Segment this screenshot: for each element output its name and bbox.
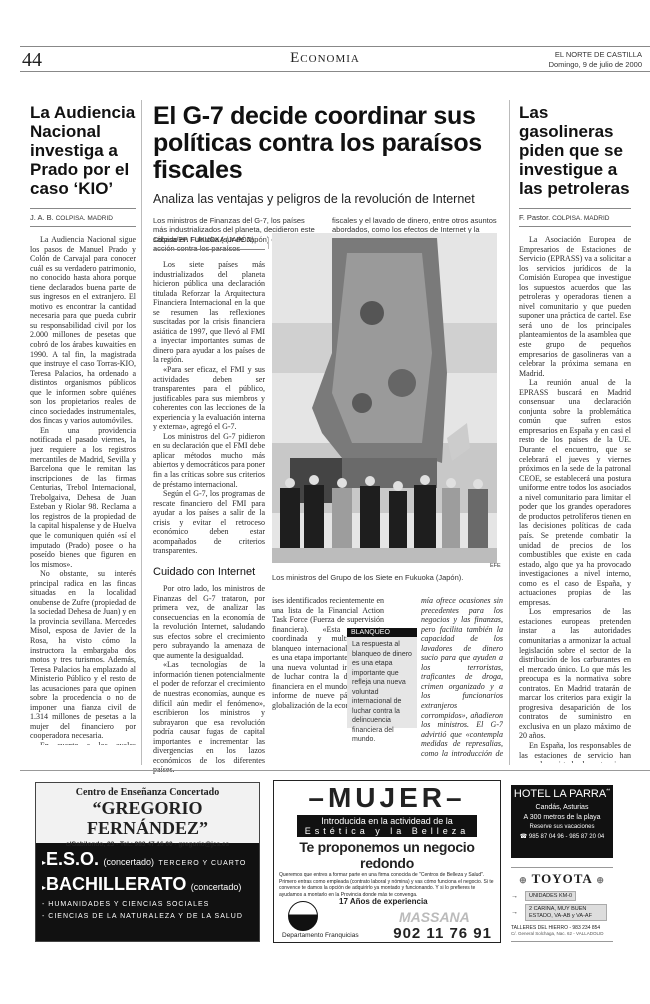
hotel-cta: Reserve sus vacaciones — [511, 824, 613, 830]
ad-mujer-band: Introducida en la actividead de la Estét… — [297, 815, 477, 837]
paragraph: «Para ser eficaz, el FMI y sus actividad… — [153, 365, 265, 432]
header-bottom-rule — [20, 71, 650, 72]
left-headline: La Audiencia Nacional investiga a Prado … — [30, 103, 136, 198]
masthead: EL NORTE DE CASTILLA Domingo, 9 de julio… — [549, 50, 642, 70]
paragraph: En España, los responsables de las estac… — [519, 741, 631, 763]
paragraph: «Las tecnologías de la información tiene… — [153, 660, 265, 774]
main-body-1: Los siete países más industrializados de… — [153, 260, 265, 556]
main-article: El G-7 decide coordinar sus políticas co… — [153, 103, 503, 254]
paragraph: mía ofrece ocasiones sin precedentes par… — [421, 596, 503, 756]
right-headline: Las gasolineras piden que se investigue … — [519, 103, 631, 198]
paragraph: En cuanto a los avales aportados por la … — [30, 741, 136, 745]
news-photo — [272, 233, 497, 563]
arrow-right-icon: → — [511, 909, 525, 916]
header-top-rule — [20, 46, 650, 47]
ad-mujer-department: Departamento Franquicias — [282, 932, 359, 939]
toyota-item-1: → UNIDADES KM-0 — [511, 891, 613, 901]
paragraph: No obstante, su interés principal radica… — [30, 569, 136, 741]
hotel-phones: ☎ 985 87 04 96 - 985 87 20 04 — [511, 833, 613, 840]
ad-hotel-la-parra[interactable]: HOTEL LA PARRA** Candás, Asturias A 300 … — [511, 785, 613, 858]
ads-divider — [20, 770, 650, 771]
paragraph: Según el G-7, los programas de rescate f… — [153, 489, 265, 556]
ad-mujer-body: Queremos que entres a formar parte en un… — [274, 871, 500, 899]
right-byline: F. Pastor. COLPISA. MADRID — [519, 208, 631, 227]
ad-eso: ▸E.S.O. (concertado) TERCERO Y CUARTO — [42, 849, 253, 870]
column-divider — [509, 100, 510, 765]
ad-mujer[interactable]: –MUJER– Introducida en la actividead de … — [273, 780, 501, 943]
paper-name: EL NORTE DE CASTILLA — [549, 50, 642, 60]
ad-mujer-title: –MUJER– — [274, 783, 500, 813]
main-headline: El G-7 decide coordinar sus políticas co… — [153, 103, 503, 184]
main-subheadline: Analiza las ventajas y peligros de la re… — [153, 192, 503, 206]
ad-gregorio-fernandez[interactable]: Centro de Enseñanza Concertado “GREGORIO… — [35, 782, 260, 942]
ad-mujer-brand: MASSANA — [399, 909, 470, 925]
byline-author: F. Pastor. — [519, 213, 550, 222]
dash-decoration: – — [446, 782, 466, 813]
paragraph: Los ministros del G-7 pidieron en su dec… — [153, 432, 265, 489]
byline-agency: COLPISA. MADRID — [56, 215, 113, 222]
massana-logo-icon — [288, 901, 318, 931]
left-body: La Audiencia Nacional sigue los pasos de… — [30, 235, 136, 745]
left-article: La Audiencia Nacional investiga a Prado … — [30, 103, 136, 745]
ad-courses: ▸E.S.O. (concertado) TERCERO Y CUARTO ▸B… — [36, 843, 259, 942]
paragraph: La Audiencia Nacional sigue los pasos de… — [30, 235, 136, 426]
photo-caption: Los ministros del Grupo de los Siete en … — [272, 573, 502, 582]
byline-agency: COLPISA. MADRID — [552, 215, 609, 222]
byline-author: J. A. B. — [30, 213, 54, 222]
toyota-logo-icon: ⊕ — [596, 875, 605, 885]
arrow-right-icon: → — [511, 893, 525, 900]
paragraph: En una providencia notificada el pasado … — [30, 426, 136, 569]
ad-school-type: Centro de Enseñanza Concertado — [36, 787, 259, 798]
column-divider — [141, 100, 142, 765]
paragraph: La reunión anual de la EPRASS buscará en… — [519, 378, 631, 607]
photo-credit: EFE — [490, 563, 501, 569]
right-article: Las gasolineras piden que se investigue … — [519, 103, 631, 763]
paragraph: Por otro lado, los ministros de Finanzas… — [153, 584, 265, 660]
main-byline: Colpisa/EP. FUKUOKA (JAPÓN) — [153, 237, 265, 250]
issue-date: Domingo, 9 de julio de 2000 — [549, 60, 642, 70]
blanqueo-box: BLANQUEO La respuesta al blanqueo de din… — [347, 628, 417, 728]
ad-header: Centro de Enseñanza Concertado “GREGORIO… — [36, 783, 259, 843]
hotel-beach: A 300 metros de la playa — [511, 814, 613, 821]
box-text: La respuesta al blanqueo de dinero es un… — [347, 637, 417, 748]
ad-mujer-headline: Te proponemos un negocio redondo — [274, 839, 500, 871]
main-body-1b: Por otro lado, los ministros de Finanzas… — [153, 584, 265, 774]
main-column-1: Colpisa/EP. FUKUOKA (JAPÓN) Los siete pa… — [153, 237, 265, 774]
hotel-location: Candás, Asturias — [511, 804, 613, 811]
main-column-3: mía ofrece ocasiones sin precedentes par… — [421, 596, 503, 756]
left-byline: J. A. B. COLPISA. MADRID — [30, 208, 136, 227]
paragraph: La Asociación Europea de Empresarios de … — [519, 235, 631, 378]
ad-school-name: “GREGORIO FERNÁNDEZ” — [36, 798, 259, 838]
ad-course-list: - HUMANIDADES Y CIENCIAS SOCIALES - CIEN… — [42, 899, 253, 923]
ad-toyota[interactable]: ⊕ TOYOTA ⊕ → UNIDADES KM-0 → 2 CARINA, M… — [511, 867, 613, 942]
ad-mujer-experience: 17 Años de experiencia — [339, 897, 428, 906]
toyota-item-2: → 2 CARINA, MUY BUEN ESTADO, VA-AB y VA-… — [511, 904, 613, 921]
hotel-name: HOTEL LA PARRA** — [511, 788, 613, 800]
box-title: BLANQUEO — [347, 628, 417, 637]
toyota-brand-row: ⊕ TOYOTA ⊕ — [511, 871, 613, 887]
subhead-internet: Cuidado con Internet — [153, 566, 265, 578]
toyota-address: C/. General Solchaga, Nac. 62 - VALLADOL… — [511, 931, 613, 936]
dash-decoration: – — [308, 782, 328, 813]
paragraph: Los empresarios de las estaciones europe… — [519, 607, 631, 741]
ad-mujer-phone: 902 11 76 91 — [393, 925, 492, 942]
ad-school-address: c/Gabilondo, 23 - Tel.: 983 47 16 00 - g… — [36, 841, 259, 848]
ad-bachillerato: ▸BACHILLERATO (concertado) — [42, 874, 253, 895]
toyota-logo-icon: ⊕ — [519, 875, 528, 885]
paragraph: Los siete países más industrializados de… — [153, 260, 265, 365]
g7-ministers-photo-illustration — [272, 233, 497, 563]
right-body: La Asociación Europea de Empresarios de … — [519, 235, 631, 763]
byline-divider — [268, 237, 269, 249]
